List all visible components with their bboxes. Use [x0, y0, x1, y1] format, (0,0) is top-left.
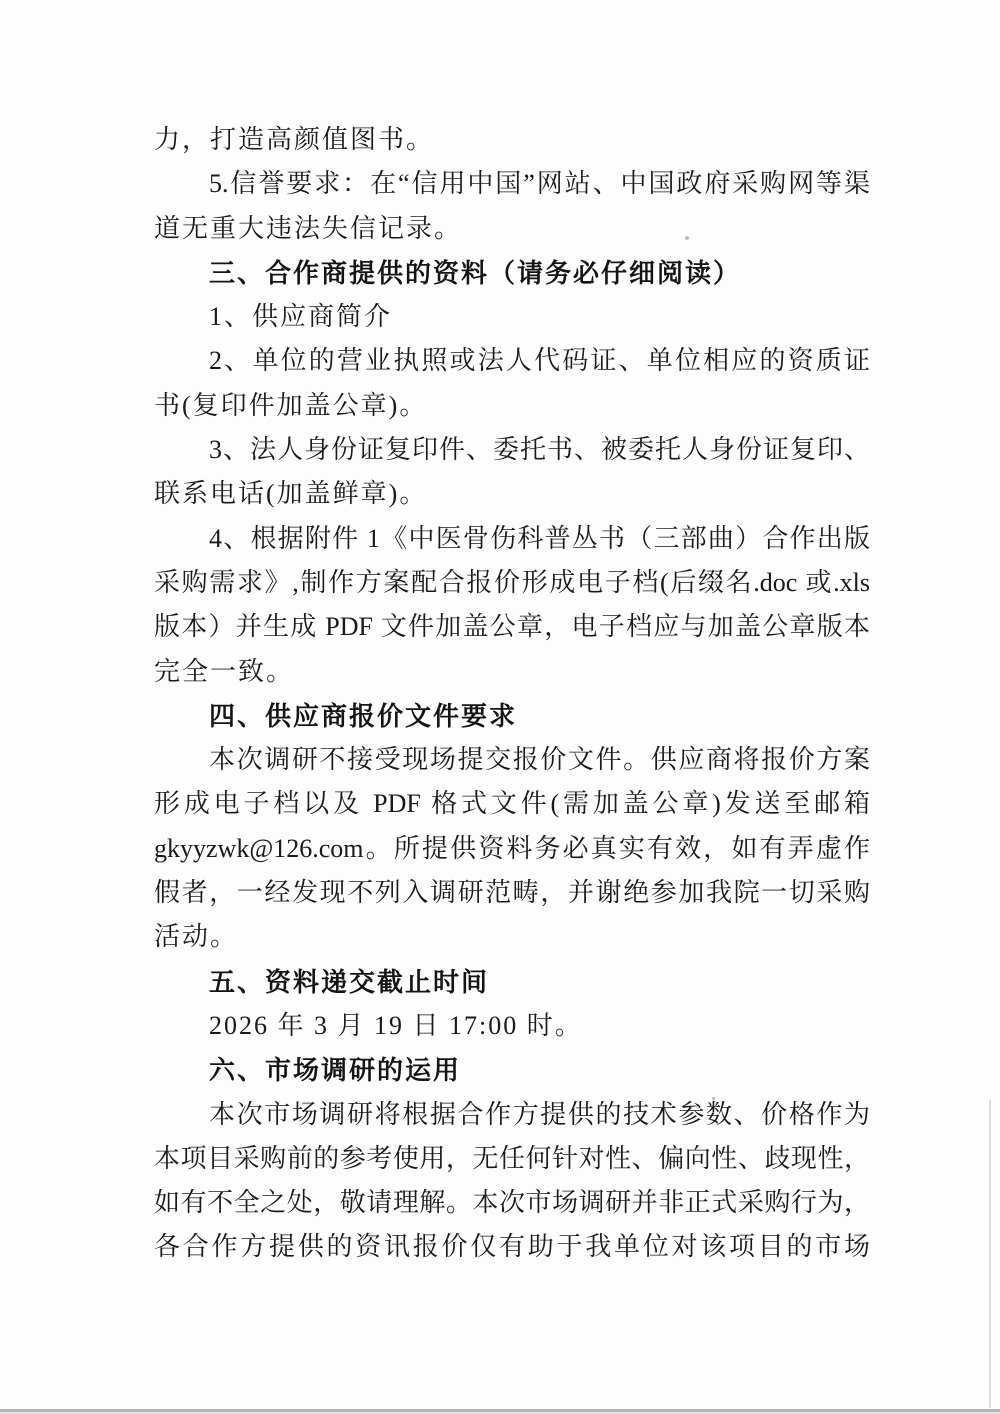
text-line: 5.信誉要求：在“信用中国”网站、中国政府采购网等渠 — [154, 162, 870, 206]
text-line: 3、法人身份证复印件、委托书、被委托人身份证复印、 — [154, 428, 870, 472]
text-line: 如有不全之处，敬请理解。本次市场调研并非正式采购行为， — [154, 1181, 870, 1225]
text-line: 本次市场调研将根据合作方提供的技术参数、价格作为 — [154, 1093, 870, 1137]
text-line: 各合作方提供的资讯报价仅有助于我单位对该项目的市场 — [154, 1225, 870, 1269]
text-line: 假者，一经发现不列入调研范畴，并谢绝参加我院一切采购 — [154, 871, 870, 915]
section-heading-line: 三、合作商提供的资料（请务必仔细阅读） — [154, 251, 870, 295]
text-line: 本项目采购前的参考使用，无任何针对性、偏向性、歧现性， — [154, 1137, 870, 1181]
text-line: 联系电话(加盖鲜章)。 — [154, 472, 870, 516]
text-line: 活动。 — [154, 915, 870, 959]
scan-speck — [685, 236, 689, 240]
text-line: 完全一致。 — [154, 650, 870, 694]
document-body: 力，打造高颜值图书。5.信誉要求：在“信用中国”网站、中国政府采购网等渠道无重大… — [154, 118, 870, 1270]
text-line: 4、根据附件 1《中医骨伤科普丛书（三部曲）合作出版 — [154, 517, 870, 561]
section-heading-line: 四、供应商报价文件要求 — [154, 694, 870, 738]
text-line: 书(复印件加盖公章)。 — [154, 384, 870, 428]
text-line: 道无重大违法失信记录。 — [154, 207, 870, 251]
scanned-document-page: 力，打造高颜值图书。5.信誉要求：在“信用中国”网站、中国政府采购网等渠道无重大… — [0, 0, 1000, 1414]
section-heading-line: 五、资料递交截止时间 — [154, 960, 870, 1004]
text-line: gkyyzwk@126.com。所提供资料务必真实有效，如有弄虚作 — [154, 827, 870, 871]
text-line: 采购需求》,制作方案配合报价形成电子档(后缀名.doc 或.xls — [154, 561, 870, 605]
text-line: 力，打造高颜值图书。 — [154, 118, 870, 162]
text-line: 2026 年 3 月 19 日 17:00 时。 — [154, 1004, 870, 1048]
scan-speck — [712, 1097, 715, 1100]
scan-edge-right — [989, 1100, 991, 1408]
text-line: 2、单位的营业执照或法人代码证、单位相应的资质证 — [154, 339, 870, 383]
text-line: 1、供应商简介 — [154, 295, 870, 339]
section-heading-line: 六、市场调研的运用 — [154, 1048, 870, 1092]
scan-edge-bottom — [0, 1409, 1000, 1412]
text-line: 形成电子档以及 PDF 格式文件(需加盖公章)发送至邮箱 — [154, 782, 870, 826]
text-line: 本次调研不接受现场提交报价文件。供应商将报价方案 — [154, 738, 870, 782]
text-line: 版本）并生成 PDF 文件加盖公章，电子档应与加盖公章版本 — [154, 605, 870, 649]
